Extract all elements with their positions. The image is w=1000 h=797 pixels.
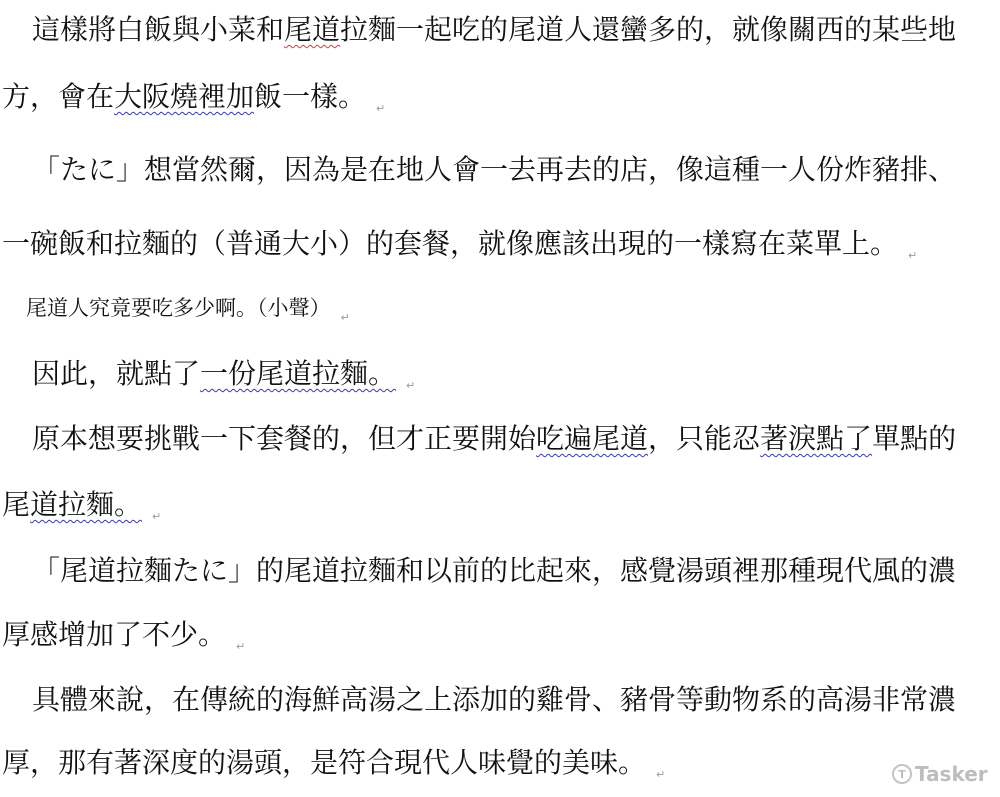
text-run: 厚感增加了不少。 xyxy=(2,618,226,651)
text-run: 方，會在 xyxy=(2,80,114,113)
text-line: 具體來說，在傳統的海鮮高湯之上添加的雞骨、豬骨等動物系的高湯非常濃 xyxy=(32,683,956,717)
paragraph-mark-icon: ↵ xyxy=(152,510,161,523)
text-line: 尾道人究竟要吃多少啊。（小聲）↵ xyxy=(26,294,350,332)
text-run: 一碗飯和拉麵的（普通大小）的套餐，就像應該出現的一樣寫在菜單上。 xyxy=(2,227,898,260)
text-run: 尾道人究竟要吃多少啊。（小聲） xyxy=(26,296,331,320)
paragraph-mark-icon: ↵ xyxy=(406,379,415,392)
text-line: 「たに」想當然爾，因為是在地人會一去再去的店，像這種一人份炸豬排、 xyxy=(32,153,956,187)
text-run: 「たに」想當然爾，因為是在地人會一去再去的店，像這種一人份炸豬排、 xyxy=(32,153,956,186)
watermark-label: Tasker xyxy=(915,762,988,786)
text-line: 原本想要挑戰一下套餐的，但才正要開始吃遍尾道，只能忍著淚點了單點的 xyxy=(32,422,956,456)
grammar-flagged-text[interactable]: 著淚點了 xyxy=(760,422,872,455)
text-line: 方，會在大阪燒裡加飯一樣。↵ xyxy=(2,80,385,126)
grammar-flagged-text[interactable]: 一份尾道拉麵。 xyxy=(200,357,396,390)
grammar-flagged-text[interactable]: 道拉麵。 xyxy=(30,488,142,521)
text-run: 因此，就點了 xyxy=(32,357,200,390)
grammar-flagged-text[interactable]: 大阪燒裡加 xyxy=(114,80,254,113)
paragraph-mark-icon: ↵ xyxy=(341,311,350,324)
paragraph-mark-icon: ↵ xyxy=(376,102,385,115)
paragraph-mark-icon: ↵ xyxy=(908,249,917,262)
spelling-flagged-text[interactable]: 尾道 xyxy=(284,13,340,46)
paragraph-mark-icon: ↵ xyxy=(236,640,245,653)
text-run: 單點的 xyxy=(872,422,956,455)
text-line: 一碗飯和拉麵的（普通大小）的套餐，就像應該出現的一樣寫在菜單上。↵ xyxy=(2,227,917,273)
text-run: 尾 xyxy=(2,488,30,521)
text-line: 厚，那有著深度的湯頭，是符合現代人味覺的美味。↵ xyxy=(2,746,665,792)
text-line: 這樣將白飯與小菜和尾道拉麵一起吃的尾道人還蠻多的，就像關西的某些地 xyxy=(32,13,956,47)
text-run: 「尾道拉麵たに」的尾道拉麵和以前的比起來，感覺湯頭裡那種現代風的濃 xyxy=(32,554,956,587)
watermark-logo: T Tasker xyxy=(892,762,988,786)
tasker-logo-icon: T xyxy=(892,764,912,784)
text-run: 厚，那有著深度的湯頭，是符合現代人味覺的美味。 xyxy=(2,746,646,779)
text-line: 尾道拉麵。↵ xyxy=(2,488,161,534)
text-run: 拉麵一起吃的尾道人還蠻多的，就像關西的某些地 xyxy=(340,13,956,46)
grammar-flagged-text[interactable]: 吃遍尾道 xyxy=(536,422,648,455)
text-run: 具體來說，在傳統的海鮮高湯之上添加的雞骨、豬骨等動物系的高湯非常濃 xyxy=(32,683,956,716)
text-line: 因此，就點了一份尾道拉麵。↵ xyxy=(32,357,415,403)
text-run: 這樣將白飯與小菜和 xyxy=(32,13,284,46)
text-run: 原本想要挑戰一下套餐的，但才正要開始 xyxy=(32,422,536,455)
text-line: 厚感增加了不少。↵ xyxy=(2,618,245,664)
paragraph-mark-icon: ↵ xyxy=(656,768,665,781)
text-run: 飯一樣。 xyxy=(254,80,366,113)
text-run: ，只能忍 xyxy=(648,422,760,455)
text-line: 「尾道拉麵たに」的尾道拉麵和以前的比起來，感覺湯頭裡那種現代風的濃 xyxy=(32,554,956,588)
